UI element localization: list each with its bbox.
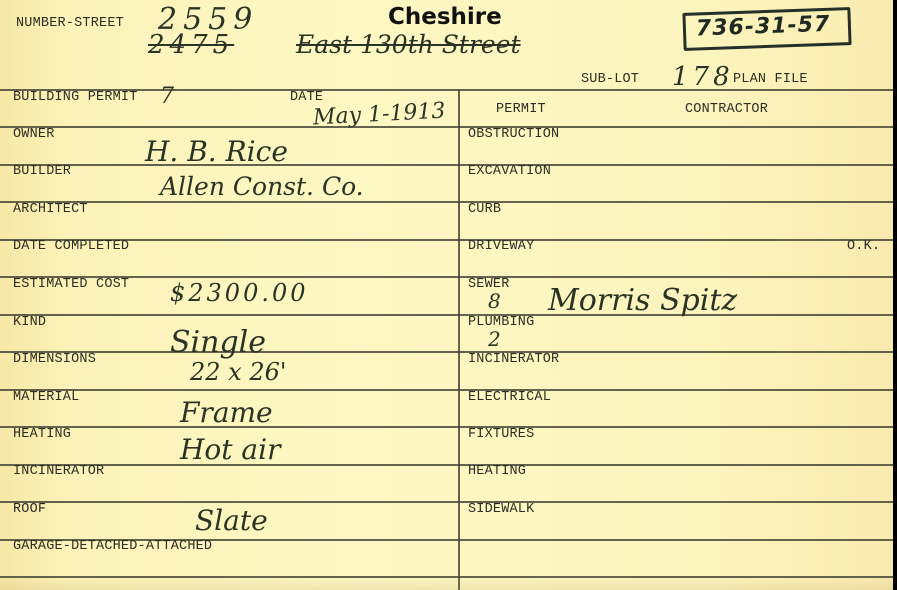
permit-column-header: PERMIT (496, 102, 546, 117)
field-value-material: Frame (180, 396, 273, 429)
field-value-owner: H. B. Rice (145, 135, 288, 168)
field-label-dimensions: DIMENSIONS (13, 352, 96, 367)
field-label-building-permit: BUILDING PERMIT (13, 90, 138, 105)
field-label-roof: ROOF (13, 502, 46, 517)
rule-line (0, 239, 893, 241)
field-value-heating: Hot air (180, 433, 280, 466)
rule-line (0, 389, 893, 391)
rule-line (0, 201, 893, 203)
permit-label-sidewalk: SIDEWALK (468, 502, 534, 517)
permit-number-plumbing: 2 (488, 327, 501, 351)
field-label-architect: ARCHITECT (13, 202, 88, 217)
field-value-kind: Single (170, 325, 266, 360)
field-label-estimated-cost: ESTIMATED COST (13, 277, 129, 292)
permit-label-fixtures: FIXTURES (468, 427, 534, 442)
rule-line (0, 126, 893, 128)
field-label-builder: BUILDER (13, 164, 71, 179)
rule-line (0, 426, 893, 428)
field-label-date-completed: DATE COMPLETED (13, 239, 129, 254)
date-label: DATE (290, 90, 323, 105)
permit-label-obstruction: OBSTRUCTION (468, 127, 559, 142)
rule-line (0, 276, 893, 278)
field-label-kind: KIND (13, 315, 46, 330)
plan-file-label: PLAN FILE (733, 72, 808, 87)
field-value-estimated-cost: $2300.00 (170, 279, 309, 307)
column-divider (458, 89, 460, 590)
contractor-sewer: Morris Spitz (548, 283, 737, 318)
field-value-builder: Allen Const. Co. (160, 172, 364, 201)
rule-line (0, 501, 893, 503)
field-label-incinerator: INCINERATOR (13, 464, 104, 479)
permit-label-excavation: EXCAVATION (468, 164, 551, 179)
rule-line (0, 164, 893, 166)
contractor-driveway: O.K. (847, 239, 880, 254)
field-value-dimensions: 22 x 26' (190, 358, 286, 386)
field-label-heating: HEATING (13, 427, 71, 442)
file-number-stamp: 736-31-57 (682, 7, 851, 51)
permit-label-electrical: ELECTRICAL (468, 390, 551, 405)
rule-line (0, 576, 893, 578)
permit-number-sewer: 8 (488, 289, 501, 313)
field-value-roof: Slate (195, 504, 268, 537)
street-name-original: East 130th Street (296, 30, 521, 59)
sub-lot-value: 178 (672, 62, 734, 92)
number-street-label: NUMBER-STREET (16, 16, 124, 31)
permit-card: NUMBER-STREET 2559 2475 East 130th Stree… (0, 0, 893, 590)
rule-line (0, 464, 893, 466)
permit-label-curb: CURB (468, 202, 501, 217)
contractor-column-header: CONTRACTOR (685, 102, 768, 117)
file-number: 736-31-57 (696, 12, 831, 42)
rule-line (0, 351, 893, 353)
field-label-material: MATERIAL (13, 390, 79, 405)
rule-line (0, 314, 893, 316)
permit-label-heating: HEATING (468, 464, 526, 479)
permit-label-plumbing: PLUMBING (468, 315, 534, 330)
permit-label-driveway: DRIVEWAY (468, 239, 534, 254)
permit-label-incinerator: INCINERATOR (468, 352, 559, 367)
field-label-garage-detached-attached: GARAGE-DETACHED-ATTACHED (13, 539, 212, 554)
field-value-building-permit: 7 (160, 84, 174, 109)
field-label-owner: OWNER (13, 127, 55, 142)
street-name-current: Cheshire (388, 4, 502, 30)
sub-lot-label: SUB-LOT (581, 72, 639, 87)
street-number-original: 2475 (148, 30, 234, 60)
